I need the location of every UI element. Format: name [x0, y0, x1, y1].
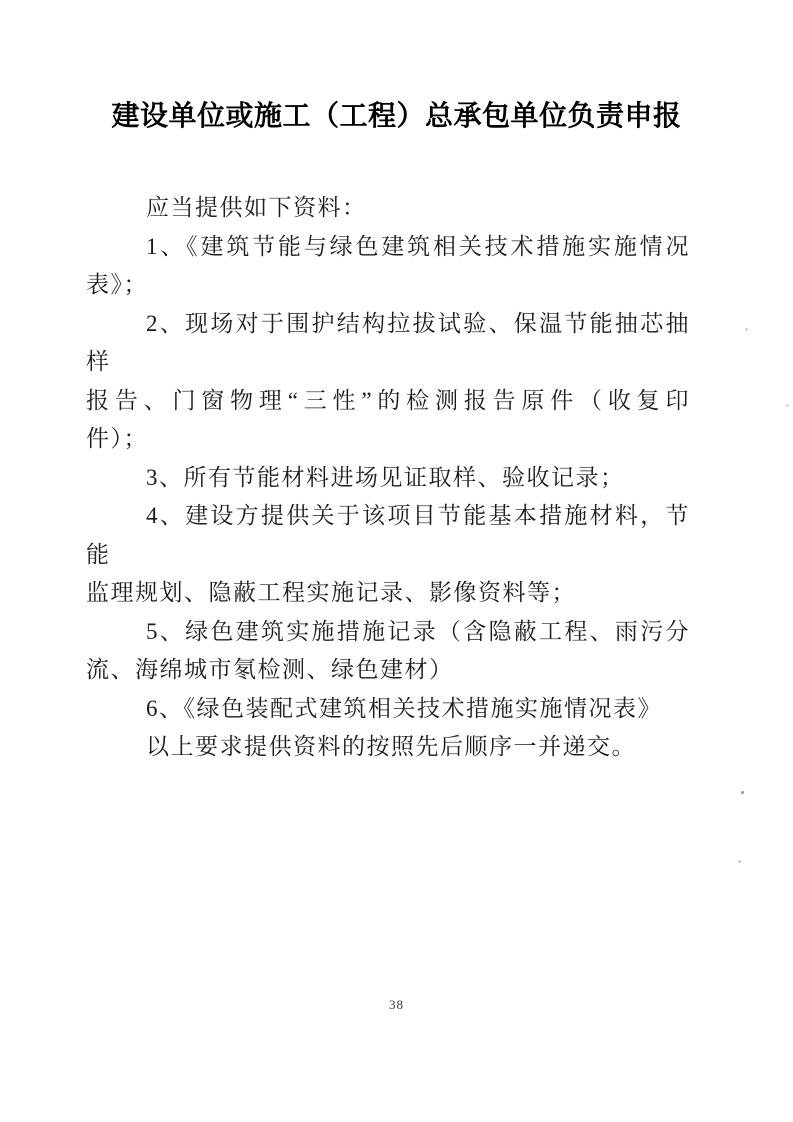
scan-speck	[745, 328, 748, 331]
scan-speck	[738, 860, 741, 863]
text-line: 应当提供如下资料：	[86, 189, 690, 228]
text-line: 流、海绵城市氡检测、绿色建材）	[86, 651, 690, 690]
document-body: 应当提供如下资料：1、《建筑节能与绿色建筑相关技术措施实施情况表》；2、现场对于…	[86, 189, 690, 767]
scan-speck	[786, 404, 789, 407]
scan-speck	[741, 791, 744, 794]
document-page: 建设单位或施工（工程）总承包单位负责申报 应当提供如下资料：1、《建筑节能与绿色…	[0, 0, 793, 1122]
text-line: 4、建设方提供关于该项目节能基本措施材料，节能	[86, 497, 690, 574]
text-line: 监理规划、隐蔽工程实施记录、影像资料等；	[86, 574, 690, 613]
text-line: 表》；	[86, 266, 690, 305]
text-line: 3、所有节能材料进场见证取样、验收记录；	[86, 459, 690, 498]
text-line: 件）；	[86, 420, 690, 459]
text-line: 以上要求提供资料的按照先后顺序一并递交。	[86, 728, 690, 767]
page-number: 38	[0, 997, 793, 1013]
text-line: 1、《建筑节能与绿色建筑相关技术措施实施情况	[86, 228, 690, 267]
text-line: 5、绿色建筑实施措施记录（含隐蔽工程、雨污分	[86, 613, 690, 652]
text-line: 6、《绿色装配式建筑相关技术措施实施情况表》	[86, 690, 690, 729]
text-line: 报告、门窗物理“三性”的检测报告原件（收复印	[86, 382, 690, 421]
document-title: 建设单位或施工（工程）总承包单位负责申报	[0, 94, 793, 134]
text-line: 2、现场对于围护结构拉拔试验、保温节能抽芯抽样	[86, 305, 690, 382]
